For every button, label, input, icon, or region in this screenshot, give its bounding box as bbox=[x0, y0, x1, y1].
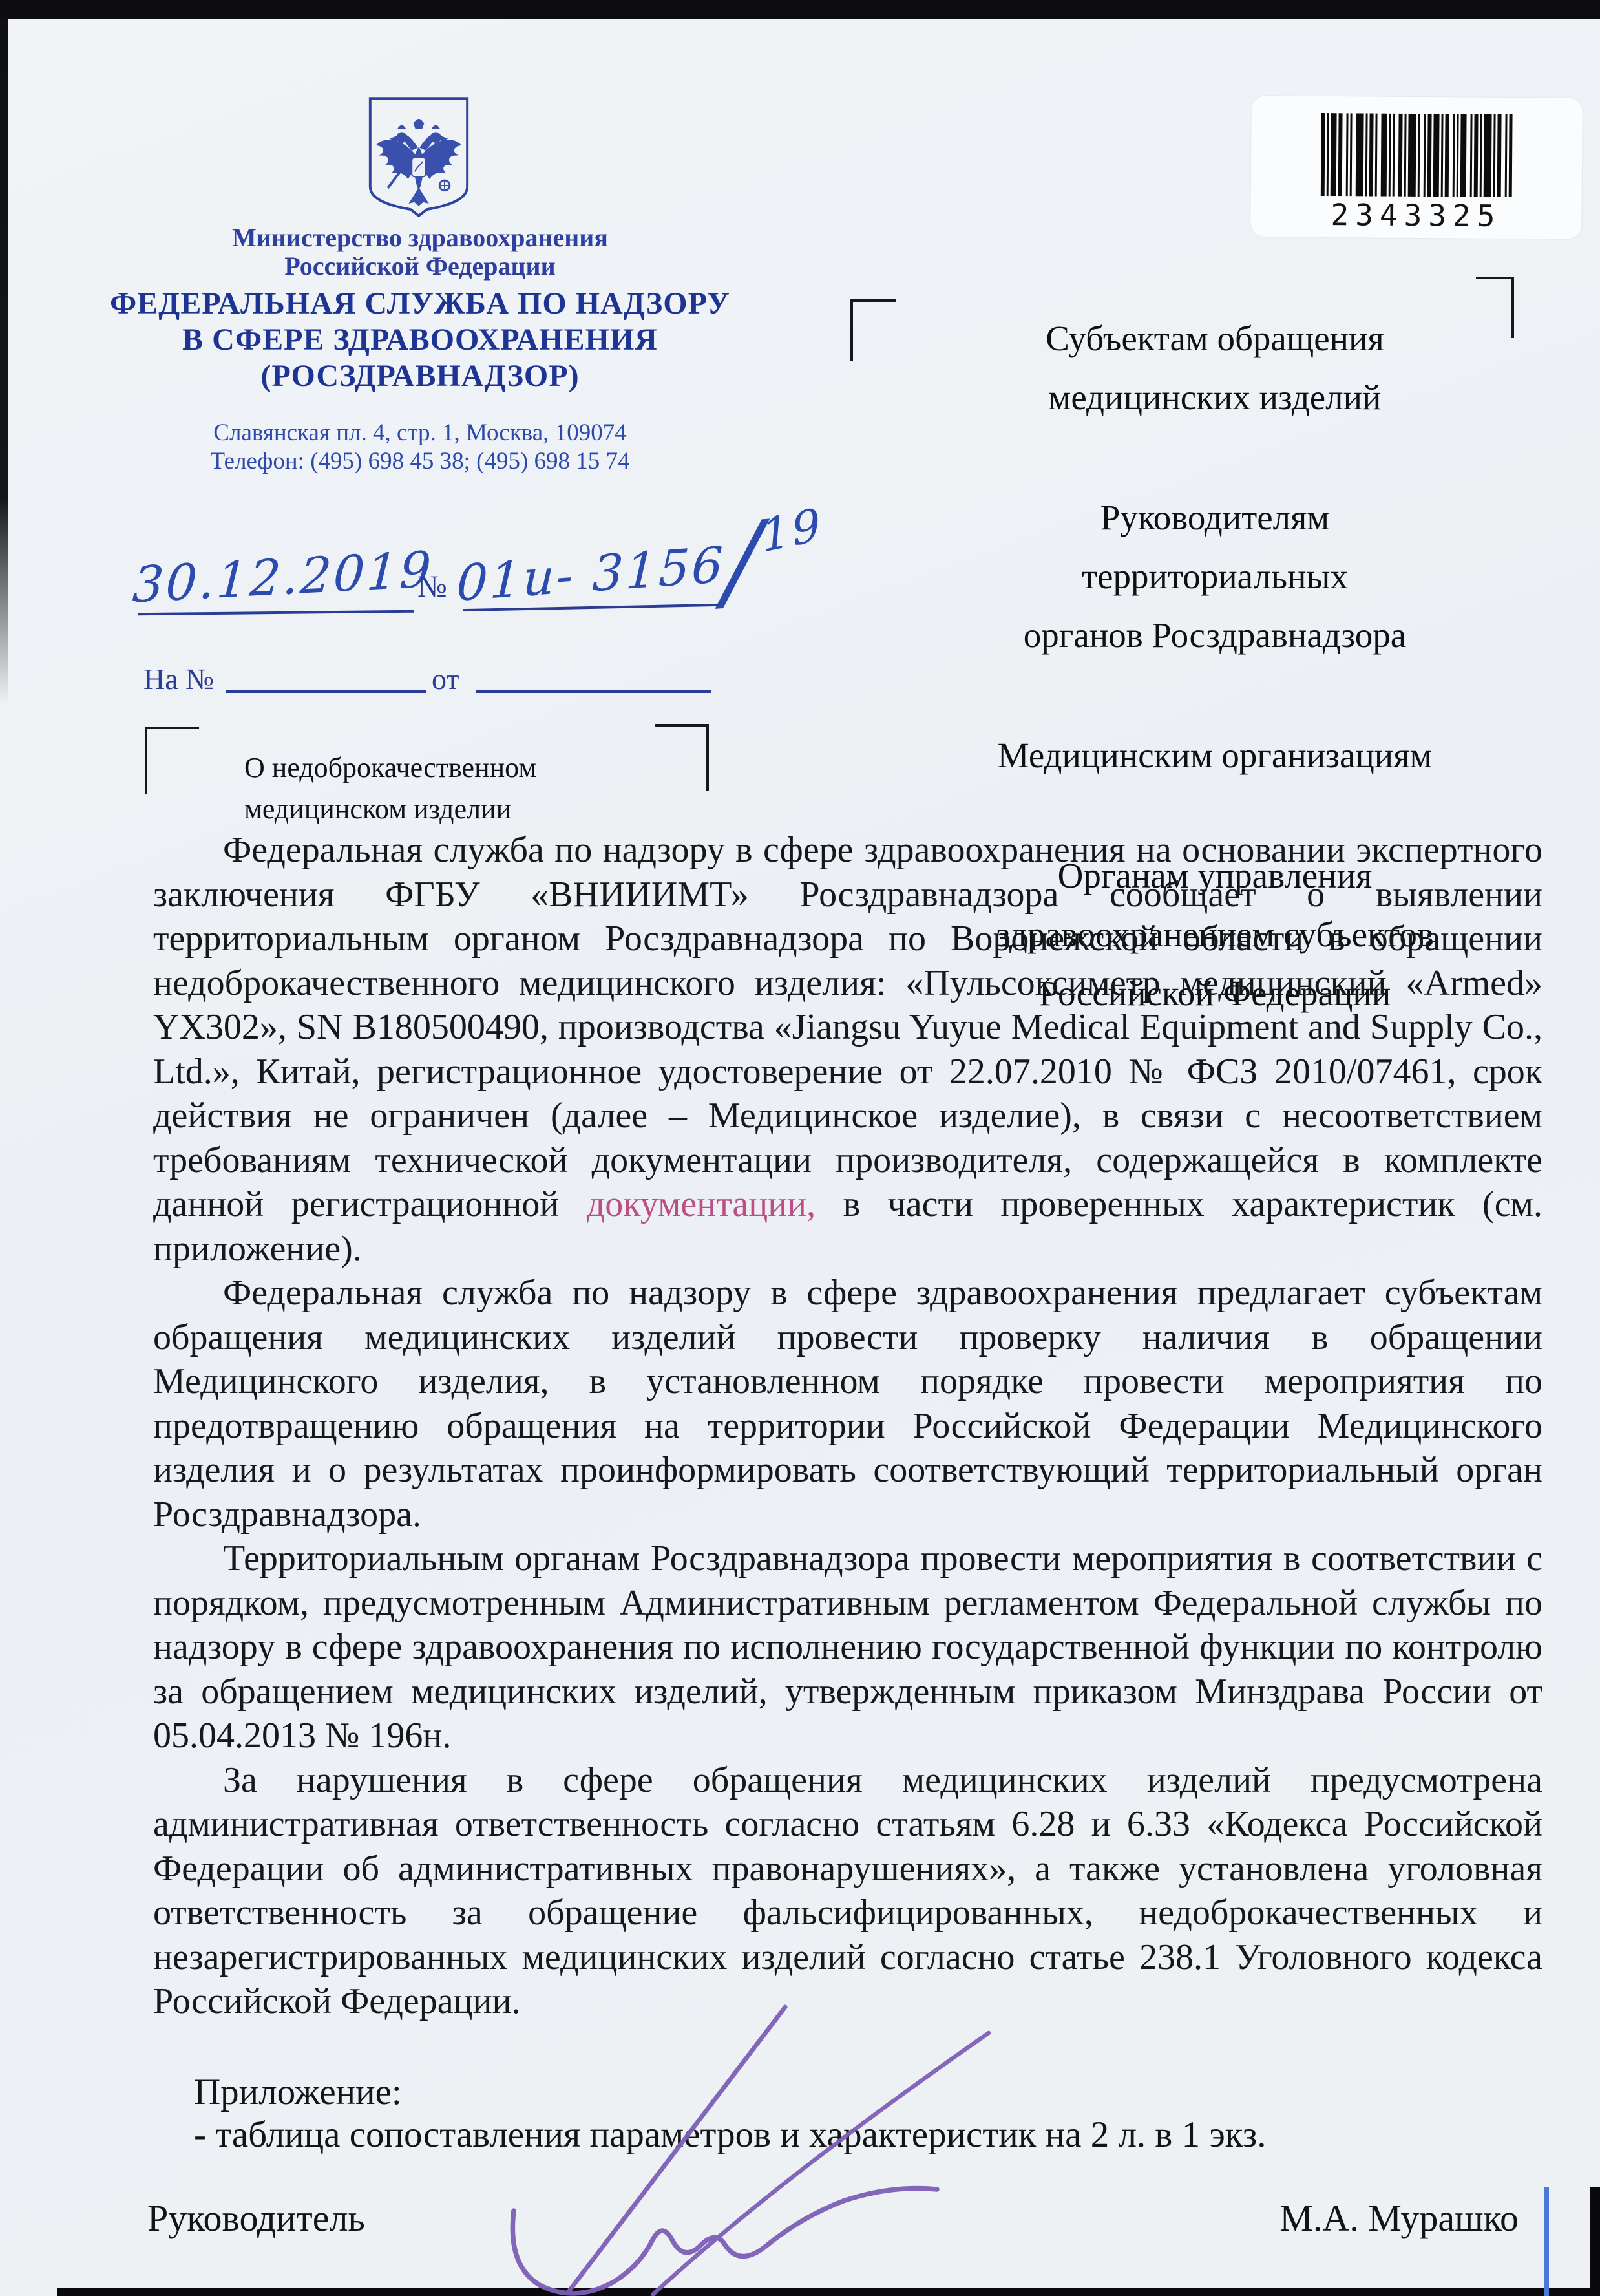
signature-ink-icon bbox=[362, 1988, 1040, 2296]
body-paragraph-2: Федеральная служба по надзору в сфере зд… bbox=[153, 1271, 1542, 1536]
recipient-line: медицинских изделий bbox=[950, 368, 1480, 427]
recipient-line: Руководителям bbox=[950, 488, 1480, 547]
ministry-line-2: Российской Федерации bbox=[97, 252, 743, 281]
subject-line-2: медицинском изделии bbox=[244, 789, 684, 830]
scan-right-edge bbox=[1590, 2187, 1600, 2296]
recipient-line: Медицинским организациям bbox=[950, 726, 1480, 785]
body-paragraph-1: Федеральная служба по надзору в сфере зд… bbox=[153, 828, 1542, 1271]
recipient-bracket-left-icon bbox=[850, 299, 896, 361]
recipient-line: территориальных bbox=[950, 547, 1480, 606]
subject-line-1: О недоброкачественном bbox=[244, 747, 684, 789]
letter-subject: О недоброкачественном медицинском издели… bbox=[244, 747, 684, 830]
agency-contacts: Славянская пл. 4, стр. 1, Москва, 109074… bbox=[97, 419, 743, 476]
signer-name: М.А. Мурашко bbox=[1279, 2196, 1519, 2240]
ministry-line-1: Министерство здравоохранения bbox=[97, 224, 743, 252]
subject-bracket-left-icon bbox=[145, 727, 199, 794]
letter-date-handwritten: 30.12.2019 bbox=[131, 540, 434, 614]
body-paragraph-4: За нарушения в сфере обращения медицинск… bbox=[153, 1758, 1542, 2024]
reply-from-label: от bbox=[432, 662, 459, 696]
agency-address: Славянская пл. 4, стр. 1, Москва, 109074 bbox=[97, 419, 743, 447]
recipient-bracket-right-icon bbox=[1476, 277, 1514, 338]
recipient-line: органов Росздравнадзора bbox=[950, 606, 1480, 664]
agency-phone: Телефон: (495) 698 45 38; (495) 698 15 7… bbox=[97, 447, 743, 476]
body-paragraph-3: Территориальным органам Росздравнадзора … bbox=[153, 1536, 1542, 1758]
recipient-line: Субъектам обращения bbox=[950, 309, 1480, 368]
reply-to-label: На № bbox=[143, 662, 214, 696]
barcode-number: 2343325 bbox=[1250, 197, 1581, 234]
agency-line-1: ФЕДЕРАЛЬНАЯ СЛУЖБА ПО НАДЗОРУ bbox=[78, 286, 763, 322]
agency-line-3: (РОСЗДРАВНАДЗОР) bbox=[78, 358, 763, 394]
number-sign-label: № bbox=[417, 569, 447, 604]
scan-blue-line-artifact bbox=[1544, 2187, 1549, 2296]
signer-position: Руководитель bbox=[147, 2196, 365, 2240]
recipient-group-2: Руководителям территориальных органов Ро… bbox=[950, 488, 1480, 664]
scan-left-edge bbox=[0, 18, 8, 703]
barcode-icon bbox=[1321, 113, 1513, 197]
recipient-group-1: Субъектам обращения медицинских изделий bbox=[950, 309, 1480, 427]
scanned-letter-page: Министерство здравоохранения Российской … bbox=[0, 0, 1600, 2296]
agency-name: ФЕДЕРАЛЬНАЯ СЛУЖБА ПО НАДЗОРУ В СФЕРЕ ЗД… bbox=[78, 286, 763, 394]
barcode-sticker: 2343325 bbox=[1250, 96, 1583, 239]
agency-line-2: В СФЕРЕ ЗДРАВООХРАНЕНИЯ bbox=[78, 322, 763, 358]
reply-number-blank bbox=[226, 690, 426, 693]
ministry-name: Министерство здравоохранения Российской … bbox=[97, 224, 743, 281]
scan-top-edge bbox=[0, 0, 1600, 19]
ref-number-handwritten: 01и- 3156/19 bbox=[456, 529, 822, 612]
reply-date-blank bbox=[476, 690, 711, 693]
recipient-group-3: Медицинским организациям bbox=[950, 726, 1480, 785]
russia-coat-of-arms-icon bbox=[365, 94, 472, 218]
letter-body: Федеральная служба по надзору в сфере зд… bbox=[153, 828, 1542, 2024]
